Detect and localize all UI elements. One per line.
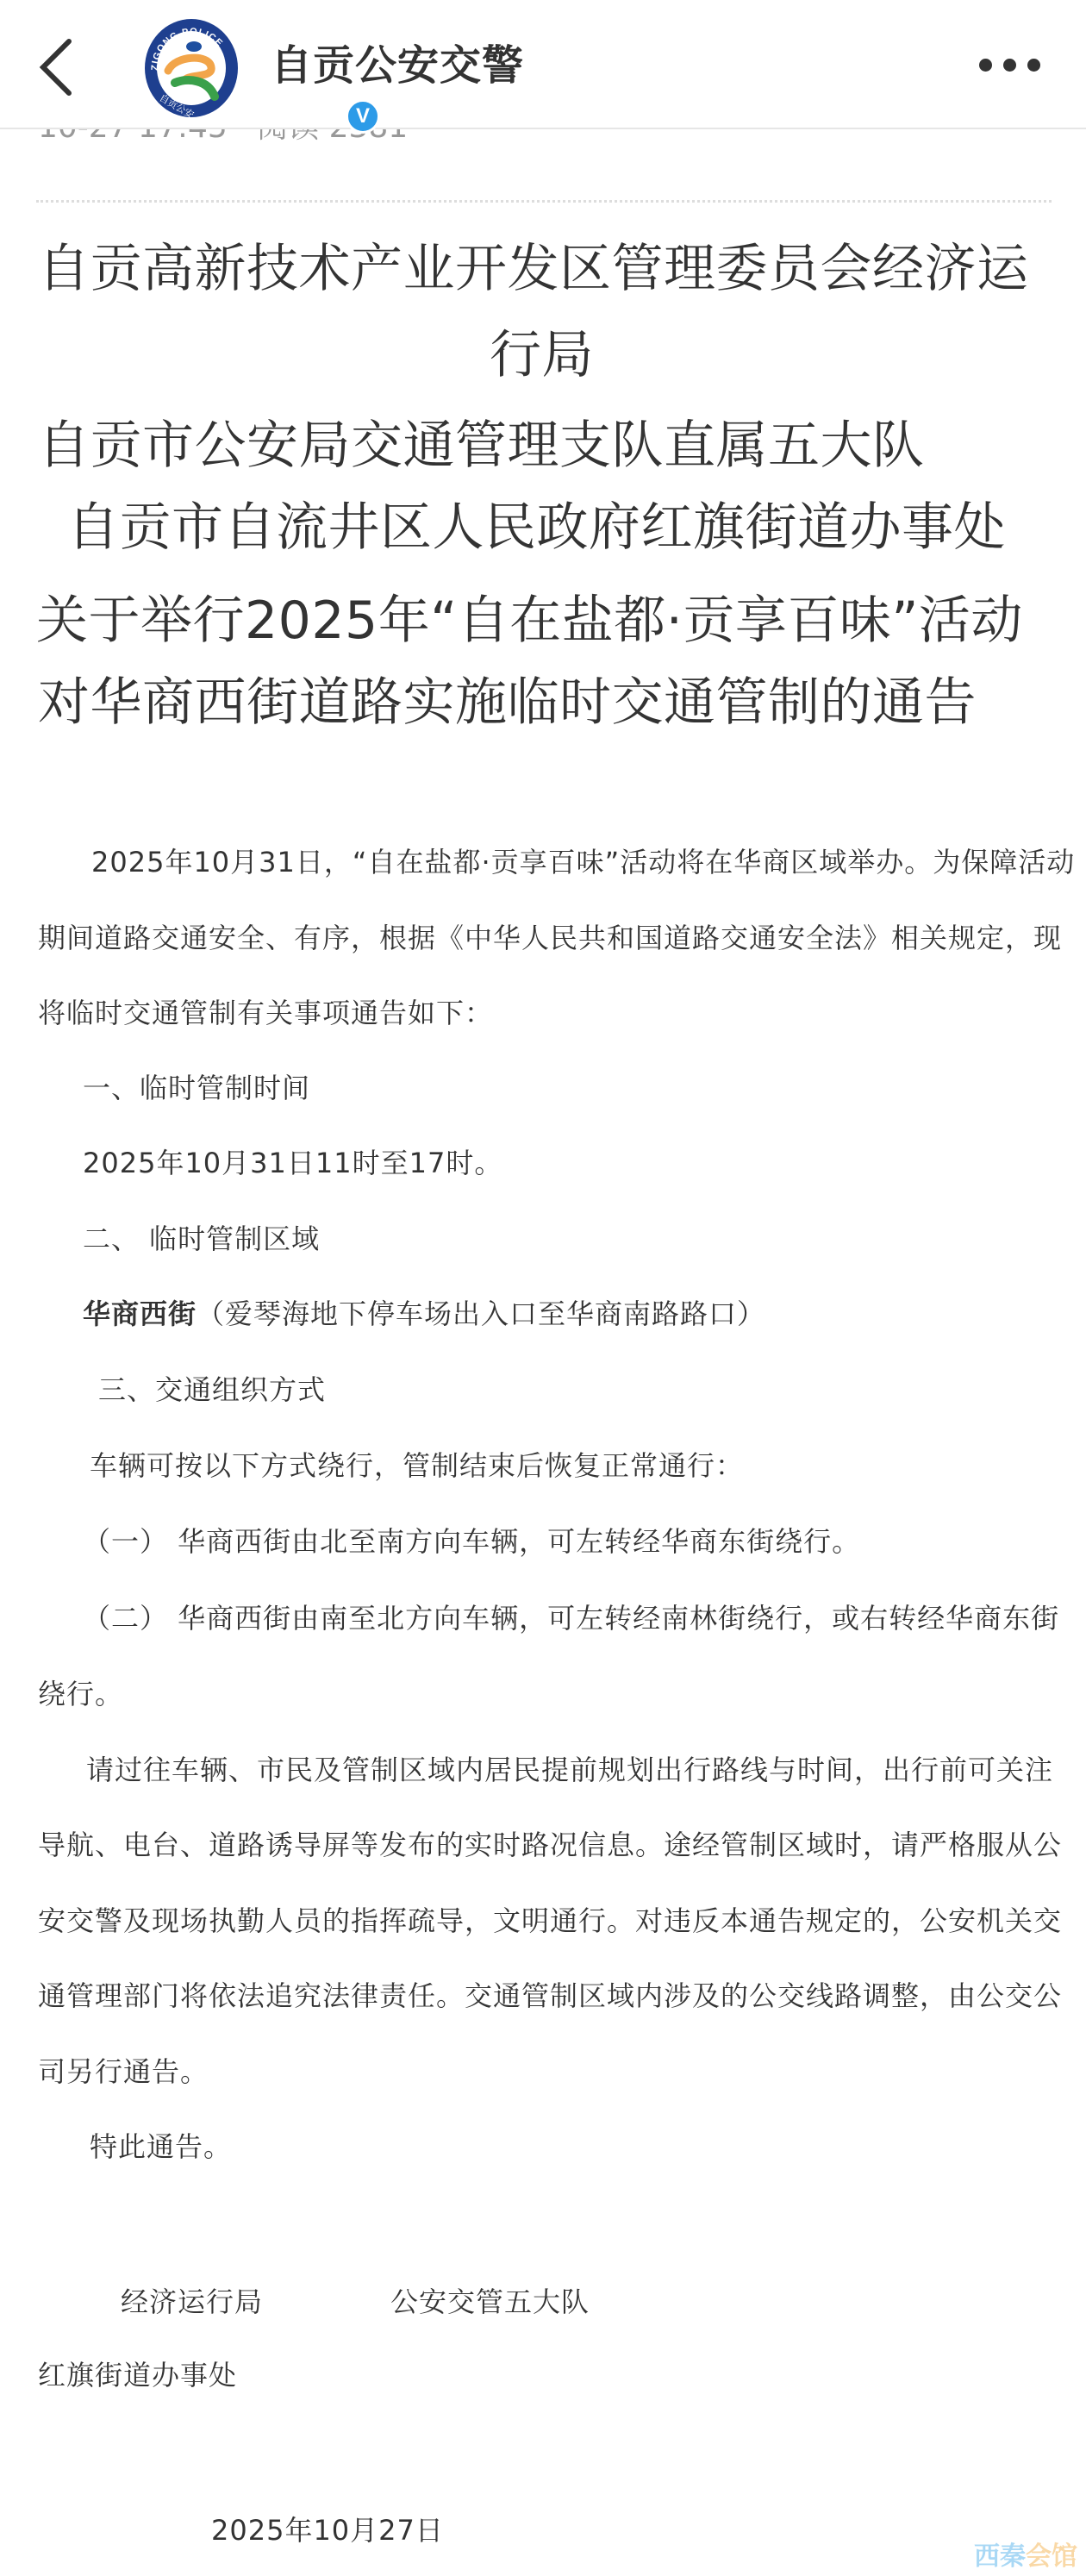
signature: 公安交管五大队 bbox=[390, 2283, 590, 2321]
list-item: 绕行。 bbox=[38, 1675, 123, 1713]
signature: 经济运行局 bbox=[121, 2283, 263, 2321]
road-detail: （爱琴海地下停车场出入口至华商南路路口） bbox=[197, 1297, 765, 1330]
paragraph-line: 导航、电台、道路诱导屏等发布的实时路况信息。途经管制区域时，请严格服从公 bbox=[38, 1826, 1062, 1864]
article-title-line: 行局 bbox=[490, 324, 594, 386]
paragraph-line: 安交警及现场执勤人员的指挥疏导，文明通行。对违反本通告规定的，公安机关交 bbox=[38, 1902, 1062, 1940]
account-avatar[interactable]: ZIGONG POLICE 自贡公安 V bbox=[140, 17, 242, 119]
article-title-line: 自贡市公安局交通管理支队直属五大队 bbox=[38, 415, 925, 477]
more-options-button[interactable] bbox=[972, 50, 1050, 81]
zigong-police-logo-icon: ZIGONG POLICE 自贡公安 bbox=[140, 17, 242, 119]
section-heading: 二、 临时管制区域 bbox=[83, 1220, 320, 1258]
paragraph-line: 司另行通告。 bbox=[38, 2053, 209, 2091]
watermark: 西秦会馆 bbox=[974, 2542, 1077, 2573]
verified-badge-icon: V bbox=[346, 99, 380, 134]
watermark-part: 会馆 bbox=[1026, 2542, 1077, 2572]
list-item: （一） 华商西街由北至南方向车辆，可左转经华商东街绕行。 bbox=[83, 1522, 860, 1560]
divider bbox=[36, 200, 1052, 203]
signature: 红旗街道办事处 bbox=[38, 2356, 237, 2394]
watermark-part: 西秦 bbox=[974, 2542, 1026, 2572]
paragraph-line: 期间道路交通安全、有序，根据《中华人民共和国道路交通安全法》相关规定，现 bbox=[38, 919, 1062, 957]
dot-icon bbox=[979, 59, 992, 72]
section-heading: 一、临时管制时间 bbox=[83, 1069, 310, 1107]
article-title-line: 自贡高新技术产业开发区管理委员会经济运 bbox=[38, 238, 1029, 300]
paragraph-line: 车辆可按以下方式绕行，管制结束后恢复正常通行： bbox=[90, 1447, 744, 1485]
article-title-line: 对华商西街道路实施临时交通管制的通告 bbox=[38, 672, 977, 734]
article-title-line: 关于举行2025年“自在盐都·贡享百味”活动 bbox=[36, 590, 1023, 652]
list-item: （二） 华商西街由南至北方向车辆，可左转经南林街绕行，或右转经华商东街 bbox=[83, 1599, 1059, 1637]
section-heading: 三、交通组织方式 bbox=[98, 1371, 326, 1409]
account-name[interactable]: 自贡公安交警 bbox=[271, 38, 524, 93]
section-content: 2025年10月31日11时至17时。 bbox=[83, 1144, 502, 1182]
paragraph-line: 通管理部门将依法追究法律责任。交通管制区域内涉及的公交线路调整，由公交公 bbox=[38, 1977, 1062, 2015]
dot-icon bbox=[1027, 59, 1040, 72]
article-title-line: 自贡市自流井区人民政府红旗街道办事处 bbox=[67, 497, 1006, 559]
notice-date: 2025年10月27日 bbox=[211, 2511, 444, 2549]
dot-icon bbox=[1003, 59, 1016, 72]
road-name: 华商西街 bbox=[83, 1297, 197, 1330]
top-nav-bar: ZIGONG POLICE 自贡公安 V 自贡公安交警 bbox=[0, 0, 1086, 129]
paragraph-line: 2025年10月31日，“自在盐都·贡享百味”活动将在华商区域举办。为保障活动 bbox=[91, 843, 1075, 881]
section-content: 华商西街（爱琴海地下停车场出入口至华商南路路口） bbox=[83, 1295, 765, 1333]
paragraph-line: 将临时交通管制有关事项通告如下： bbox=[38, 994, 493, 1032]
back-button[interactable] bbox=[31, 34, 83, 100]
closing-line: 特此通告。 bbox=[90, 2128, 232, 2166]
paragraph-line: 请过往车辆、市民及管制区域内居民提前规划出行路线与时间，出行前可关注 bbox=[86, 1751, 1053, 1789]
chevron-left-icon bbox=[31, 34, 83, 100]
